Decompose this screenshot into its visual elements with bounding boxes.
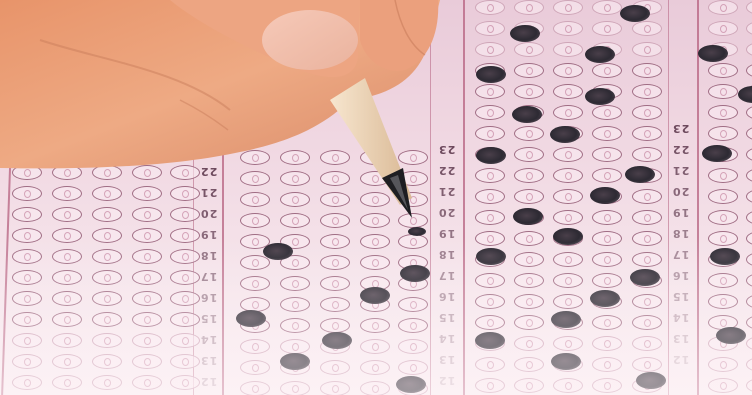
omr-photo: 2221201918171615141312232221201918171615… (0, 0, 752, 395)
thumbnail (262, 10, 358, 70)
hand-holding-pencil (0, 0, 752, 395)
